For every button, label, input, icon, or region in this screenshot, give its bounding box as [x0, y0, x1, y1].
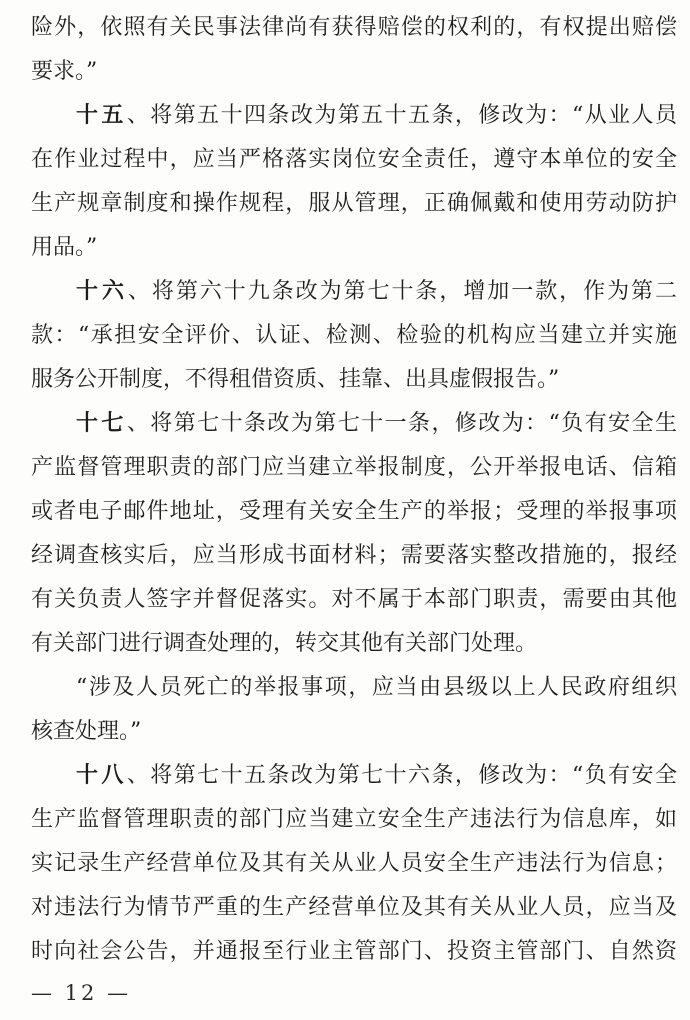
- text-line: 生产规章制度和操作规程，服从管理，正确佩戴和使用劳动防护: [31, 182, 677, 226]
- text-line: 十六、将第六十九条改为第七十条，增加一款，作为第二: [31, 270, 677, 314]
- text-line: 核查处理。”: [31, 710, 677, 754]
- line-text: 核查处理。”: [31, 719, 141, 744]
- line-text: 时向社会公告，并通报至行业主管部门、投资主管部门、自然资: [31, 939, 677, 964]
- line-text: 在作业过程中，应当严格落实岗位安全责任，遵守本单位的安全: [31, 147, 677, 172]
- text-line: 十八、将第七十五条改为第七十六条，修改为：“负有安全: [31, 754, 677, 798]
- section-number: 十八: [76, 763, 127, 788]
- text-line: 对违法行为情节严重的生产经营单位及其有关从业人员，应当及: [31, 886, 677, 930]
- text-line: 或者电子邮件地址，受理有关安全生产的举报；受理的举报事项: [31, 490, 677, 534]
- section-number: 十七: [76, 411, 127, 436]
- text-line: 实记录生产经营单位及其有关从业人员安全生产违法行为信息；: [31, 842, 677, 886]
- line-text: 对违法行为情节严重的生产经营单位及其有关从业人员，应当及: [31, 895, 677, 920]
- text-line: 经调查核实后，应当形成书面材料；需要落实整改措施的，报经: [31, 534, 677, 578]
- text-line: 有关负责人签字并督促落实。对不属于本部门职责，需要由其他: [31, 578, 677, 622]
- document-body: 险外，依照有关民事法律尚有获得赔偿的权利的，有权提出赔偿要求。”十五、将第五十四…: [31, 6, 677, 974]
- line-text: 生产监督管理职责的部门应当建立安全生产违法行为信息库，如: [31, 807, 677, 832]
- text-line: 产监督管理职责的部门应当建立举报制度，公开举报电话、信箱: [31, 446, 677, 490]
- line-text: 产监督管理职责的部门应当建立举报制度，公开举报电话、信箱: [31, 455, 677, 480]
- line-text: 、将第七十条改为第七十一条，修改为：“负有安全生: [127, 411, 677, 436]
- line-text: 经调查核实后，应当形成书面材料；需要落实整改措施的，报经: [31, 543, 677, 568]
- text-line: “涉及人员死亡的举报事项，应当由县级以上人民政府组织: [31, 666, 677, 710]
- line-text: 要求。”: [31, 59, 97, 84]
- document-page: 险外，依照有关民事法律尚有获得赔偿的权利的，有权提出赔偿要求。”十五、将第五十四…: [0, 0, 690, 1020]
- text-line: 用品。”: [31, 226, 677, 270]
- line-text: 服务公开制度，不得租借资质、挂靠、出具虚假报告。”: [31, 367, 559, 392]
- text-line: 险外，依照有关民事法律尚有获得赔偿的权利的，有权提出赔偿: [31, 6, 677, 50]
- line-text: 实记录生产经营单位及其有关从业人员安全生产违法行为信息；: [31, 851, 677, 876]
- section-number: 十五: [76, 103, 127, 128]
- text-line: 在作业过程中，应当严格落实岗位安全责任，遵守本单位的安全: [31, 138, 677, 182]
- line-text: 、将第七十五条改为第七十六条，修改为：“负有安全: [127, 763, 677, 788]
- line-text: 款：“承担安全评价、认证、检测、检验的机构应当建立并实施: [31, 323, 677, 348]
- line-text: 有关负责人签字并督促落实。对不属于本部门职责，需要由其他: [31, 587, 677, 612]
- text-line: 服务公开制度，不得租借资质、挂靠、出具虚假报告。”: [31, 358, 677, 402]
- text-line: 要求。”: [31, 50, 677, 94]
- line-text: 或者电子邮件地址，受理有关安全生产的举报；受理的举报事项: [31, 499, 677, 524]
- text-line: 生产监督管理职责的部门应当建立安全生产违法行为信息库，如: [31, 798, 677, 842]
- text-line: 十五、将第五十四条改为第五十五条，修改为：“从业人员: [31, 94, 677, 138]
- line-text: “涉及人员死亡的举报事项，应当由县级以上人民政府组织: [76, 675, 677, 700]
- line-text: 用品。”: [31, 235, 97, 260]
- text-line: 款：“承担安全评价、认证、检测、检验的机构应当建立并实施: [31, 314, 677, 358]
- section-number: 十六: [76, 279, 128, 304]
- text-line: 有关部门进行调查处理的，转交其他有关部门处理。: [31, 622, 677, 666]
- line-text: 险外，依照有关民事法律尚有获得赔偿的权利的，有权提出赔偿: [31, 15, 677, 40]
- page-number: — 12 —: [31, 981, 131, 1005]
- text-line: 十七、将第七十条改为第七十一条，修改为：“负有安全生: [31, 402, 677, 446]
- page-footer: — 12 —: [31, 978, 131, 1008]
- line-text: 、将第五十四条改为第五十五条，修改为：“从业人员: [127, 103, 677, 128]
- line-text: 、将第六十九条改为第七十条，增加一款，作为第二: [128, 279, 677, 304]
- line-text: 生产规章制度和操作规程，服从管理，正确佩戴和使用劳动防护: [31, 191, 677, 216]
- text-line: 时向社会公告，并通报至行业主管部门、投资主管部门、自然资: [31, 930, 677, 974]
- line-text: 有关部门进行调查处理的，转交其他有关部门处理。: [31, 631, 537, 656]
